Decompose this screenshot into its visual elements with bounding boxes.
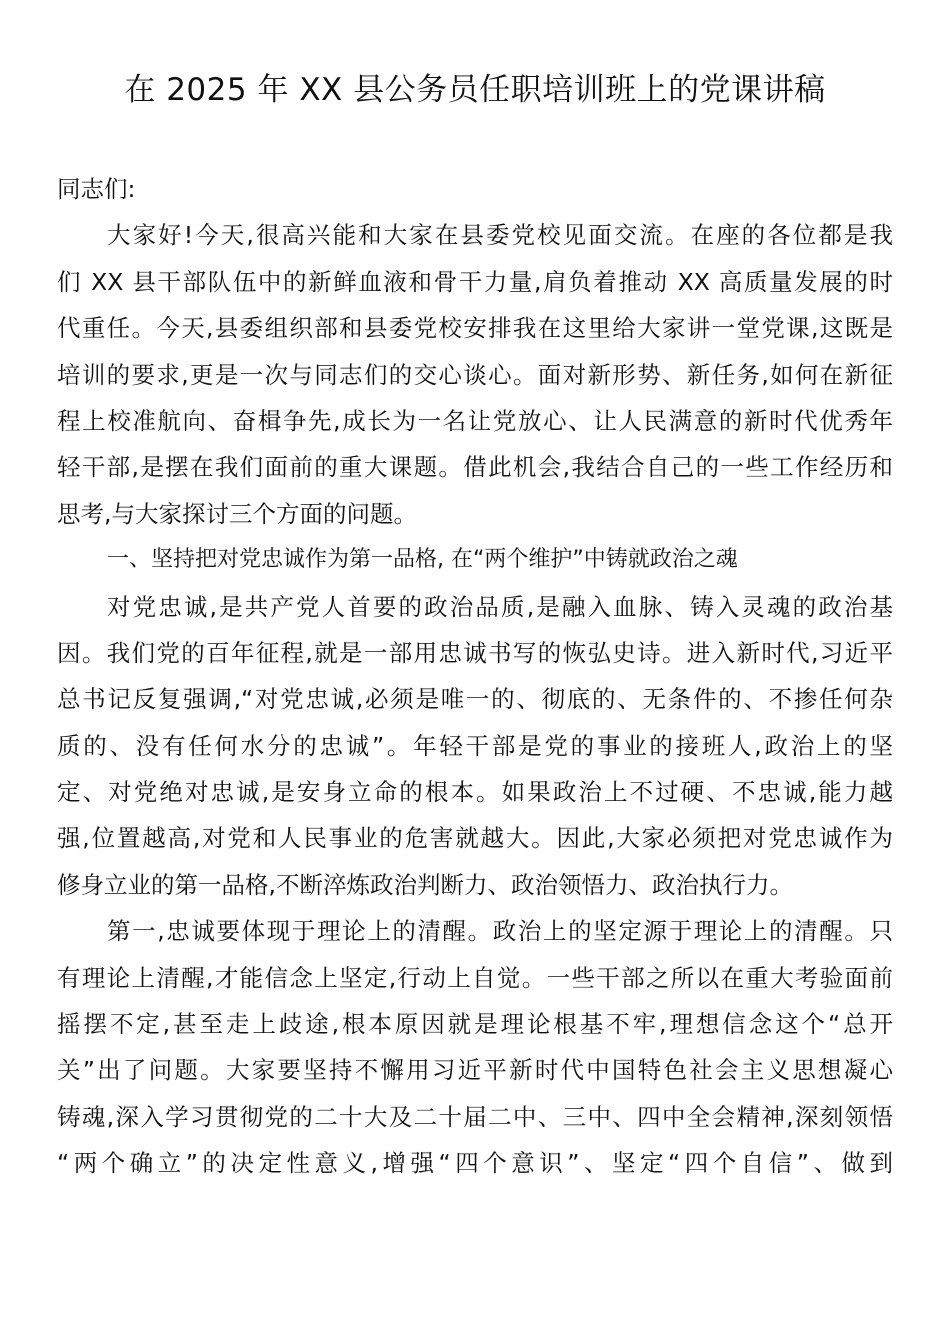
paragraph-line: 强,位置越高,对党和人民事业的危害就越大。因此,大家必须把对党忠诚作为 xyxy=(57,815,893,861)
document-body: 同志们: 大家好!今天,很高兴能和大家在县委党校见面交流。在座的各位都是我 们 … xyxy=(57,166,893,1187)
paragraph-line: 修身立业的第一品格,不断淬炼政治判断力、政治领悟力、政治执行力。 xyxy=(57,862,893,908)
paragraph-line: “两个确立”的决定性意义,增强“四个意识”、坚定“四个自信”、做到 xyxy=(57,1140,893,1186)
paragraph-line: 有理论上清醒,才能信念上坚定,行动上自觉。一些干部之所以在重大考验面前 xyxy=(57,955,893,1001)
paragraph-line: 大家好!今天,很高兴能和大家在县委党校见面交流。在座的各位都是我 xyxy=(57,212,893,258)
paragraph-line: 第一,忠诚要体现于理论上的清醒。政治上的坚定源于理论上的清醒。只 xyxy=(57,908,893,954)
paragraph-line: 轻干部,是摆在我们面前的重大课题。借此机会,我结合自己的一些工作经历和 xyxy=(57,444,893,490)
paragraph-line: 培训的要求,更是一次与同志们的交心谈心。面对新形势、新任务,如何在新征 xyxy=(57,352,893,398)
paragraph-line: 思考,与大家探讨三个方面的问题。 xyxy=(57,491,893,537)
paragraph-intro: 大家好!今天,很高兴能和大家在县委党校见面交流。在座的各位都是我 们 XX 县干… xyxy=(57,212,893,537)
paragraph-line: 铸魂,深入学习贯彻党的二十大及二十届二中、三中、四中全会精神,深刻领悟 xyxy=(57,1094,893,1140)
paragraph-line: 总书记反复强调,“对党忠诚,必须是唯一的、彻底的、无条件的、不掺任何杂 xyxy=(57,676,893,722)
paragraph-line: 程上校准航向、奋楫争先,成长为一名让党放心、让人民满意的新时代优秀年 xyxy=(57,398,893,444)
paragraph-loyalty: 对党忠诚,是共产党人首要的政治品质,是融入血脉、铸入灵魂的政治基 因。我们党的百… xyxy=(57,584,893,909)
paragraph-line: 质的、没有任何水分的忠诚”。年轻干部是党的事业的接班人,政治上的坚 xyxy=(57,723,893,769)
paragraph-line: 代重任。今天,县委组织部和县委党校安排我在这里给大家讲一堂党课,这既是 xyxy=(57,305,893,351)
paragraph-theory: 第一,忠诚要体现于理论上的清醒。政治上的坚定源于理论上的清醒。只 有理论上清醒,… xyxy=(57,908,893,1186)
salutation: 同志们: xyxy=(57,166,893,212)
document-title: 在 2025 年 XX 县公务员任职培训班上的党课讲稿 xyxy=(0,68,950,112)
paragraph-line: 摇摆不定,甚至走上歧途,根本原因就是理论根基不牢,理想信念这个“总开 xyxy=(57,1001,893,1047)
paragraph-line: 关”出了问题。大家要坚持不懈用习近平新时代中国特色社会主义思想凝心 xyxy=(57,1047,893,1093)
document-page: 在 2025 年 XX 县公务员任职培训班上的党课讲稿 同志们: 大家好!今天,… xyxy=(0,0,950,1344)
paragraph-line: 定、对党绝对忠诚,是安身立命的根本。如果政治上不过硬、不忠诚,能力越 xyxy=(57,769,893,815)
section-heading-line: 一、坚持把对党忠诚作为第一品格, 在“两个维护”中铸就政治之魂 xyxy=(57,537,893,583)
section-heading-1: 一、坚持把对党忠诚作为第一品格, 在“两个维护”中铸就政治之魂 xyxy=(57,537,893,583)
paragraph-line: 对党忠诚,是共产党人首要的政治品质,是融入血脉、铸入灵魂的政治基 xyxy=(57,584,893,630)
paragraph-line: 因。我们党的百年征程,就是一部用忠诚书写的恢弘史诗。进入新时代,习近平 xyxy=(57,630,893,676)
paragraph-line: 们 XX 县干部队伍中的新鲜血液和骨干力量,肩负着推动 XX 高质量发展的时 xyxy=(57,259,893,305)
